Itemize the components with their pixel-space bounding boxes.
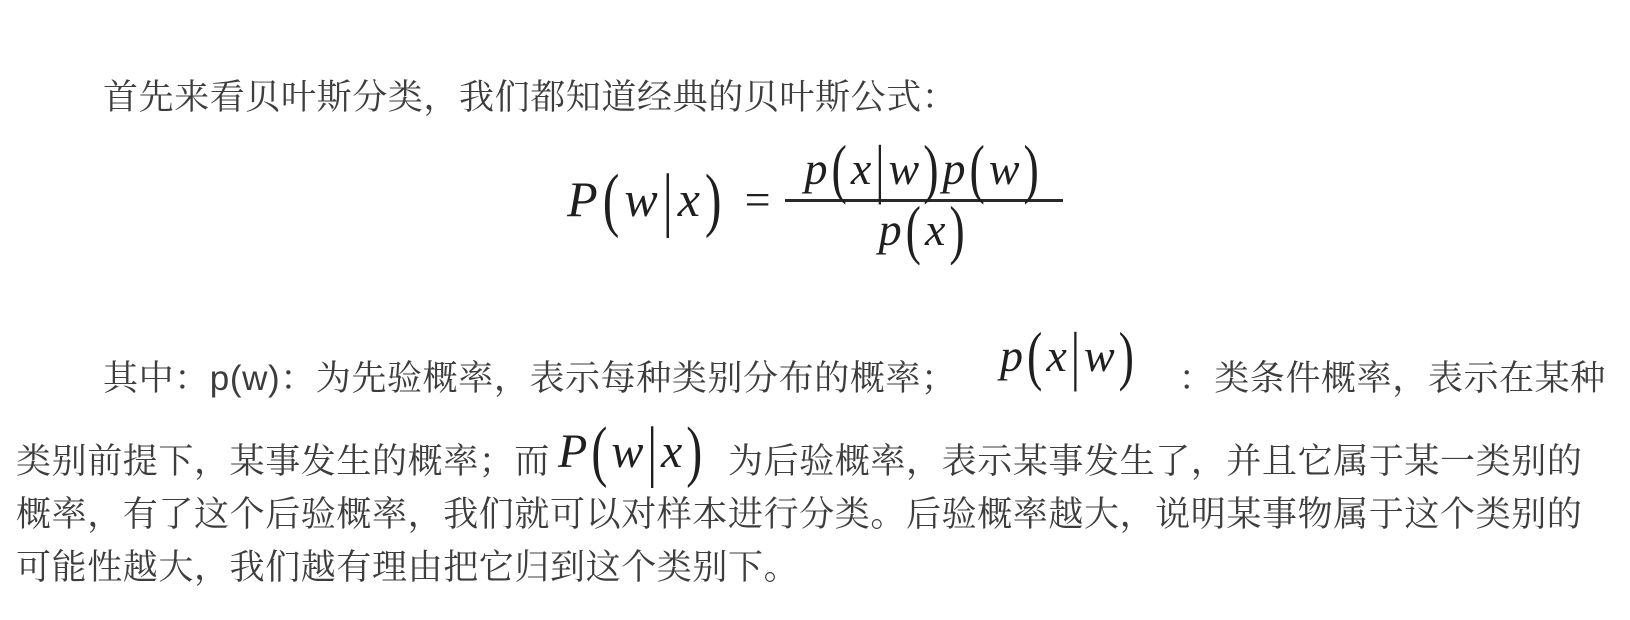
formula-lhs: P(w|x) [567,170,726,228]
intro-paragraph: 首先来看贝叶斯分类，我们都知道经典的贝叶斯公式： [16,71,1614,124]
explanation-line-1-text-a: 其中：p(w)：为先验概率，表示每种类别分布的概率； [103,359,957,398]
bayes-formula: P(w|x) = p(x|w)p(w) p(x) [0,140,1630,258]
explanation-line-2: 类别前提下，某事发生的概率；而为后验概率，表示某事发生了，并且它属于某一类别的 [16,435,1614,488]
fraction: p(x|w)p(w) p(x) [785,140,1063,258]
intro-text: 首先来看贝叶斯分类，我们都知道经典的贝叶斯公式： [103,78,957,117]
explanation-line-2-text-a: 类别前提下，某事发生的概率；而 [16,442,550,481]
equals-sign: = [745,173,771,226]
explanation-line-4-text: 可能性越大，我们越有理由把它归到这个类别下。 [16,548,799,587]
fraction-denominator: p(x) [879,202,969,258]
formula-spacer-1 [957,389,1179,390]
inline-formula-posterior: P(w|x) [558,428,706,476]
explanation-line-4: 可能性越大，我们越有理由把它归到这个类别下。 [16,541,1614,594]
explanation-paragraph: 其中：p(w)：为先验概率，表示每种类别分布的概率；：类条件概率，表示在某种 类… [16,352,1614,594]
explanation-line-1: 其中：p(w)：为先验概率，表示每种类别分布的概率；：类条件概率，表示在某种 [16,352,1614,405]
explanation-line-3: 概率，有了这个后验概率，我们就可以对样本进行分类。后验概率越大，说明某事物属于这… [16,488,1614,541]
explanation-line-1-text-b: ：类条件概率，表示在某种 [1179,359,1606,398]
explanation-line-2-text-b: 为后验概率，表示某事发生了，并且它属于某一类别的 [728,442,1582,481]
inline-formula-class-conditional: p(x|w) [1000,333,1138,379]
explanation-line-3-text: 概率，有了这个后验概率，我们就可以对样本进行分类。后验概率越大，说明某事物属于这… [16,495,1582,534]
